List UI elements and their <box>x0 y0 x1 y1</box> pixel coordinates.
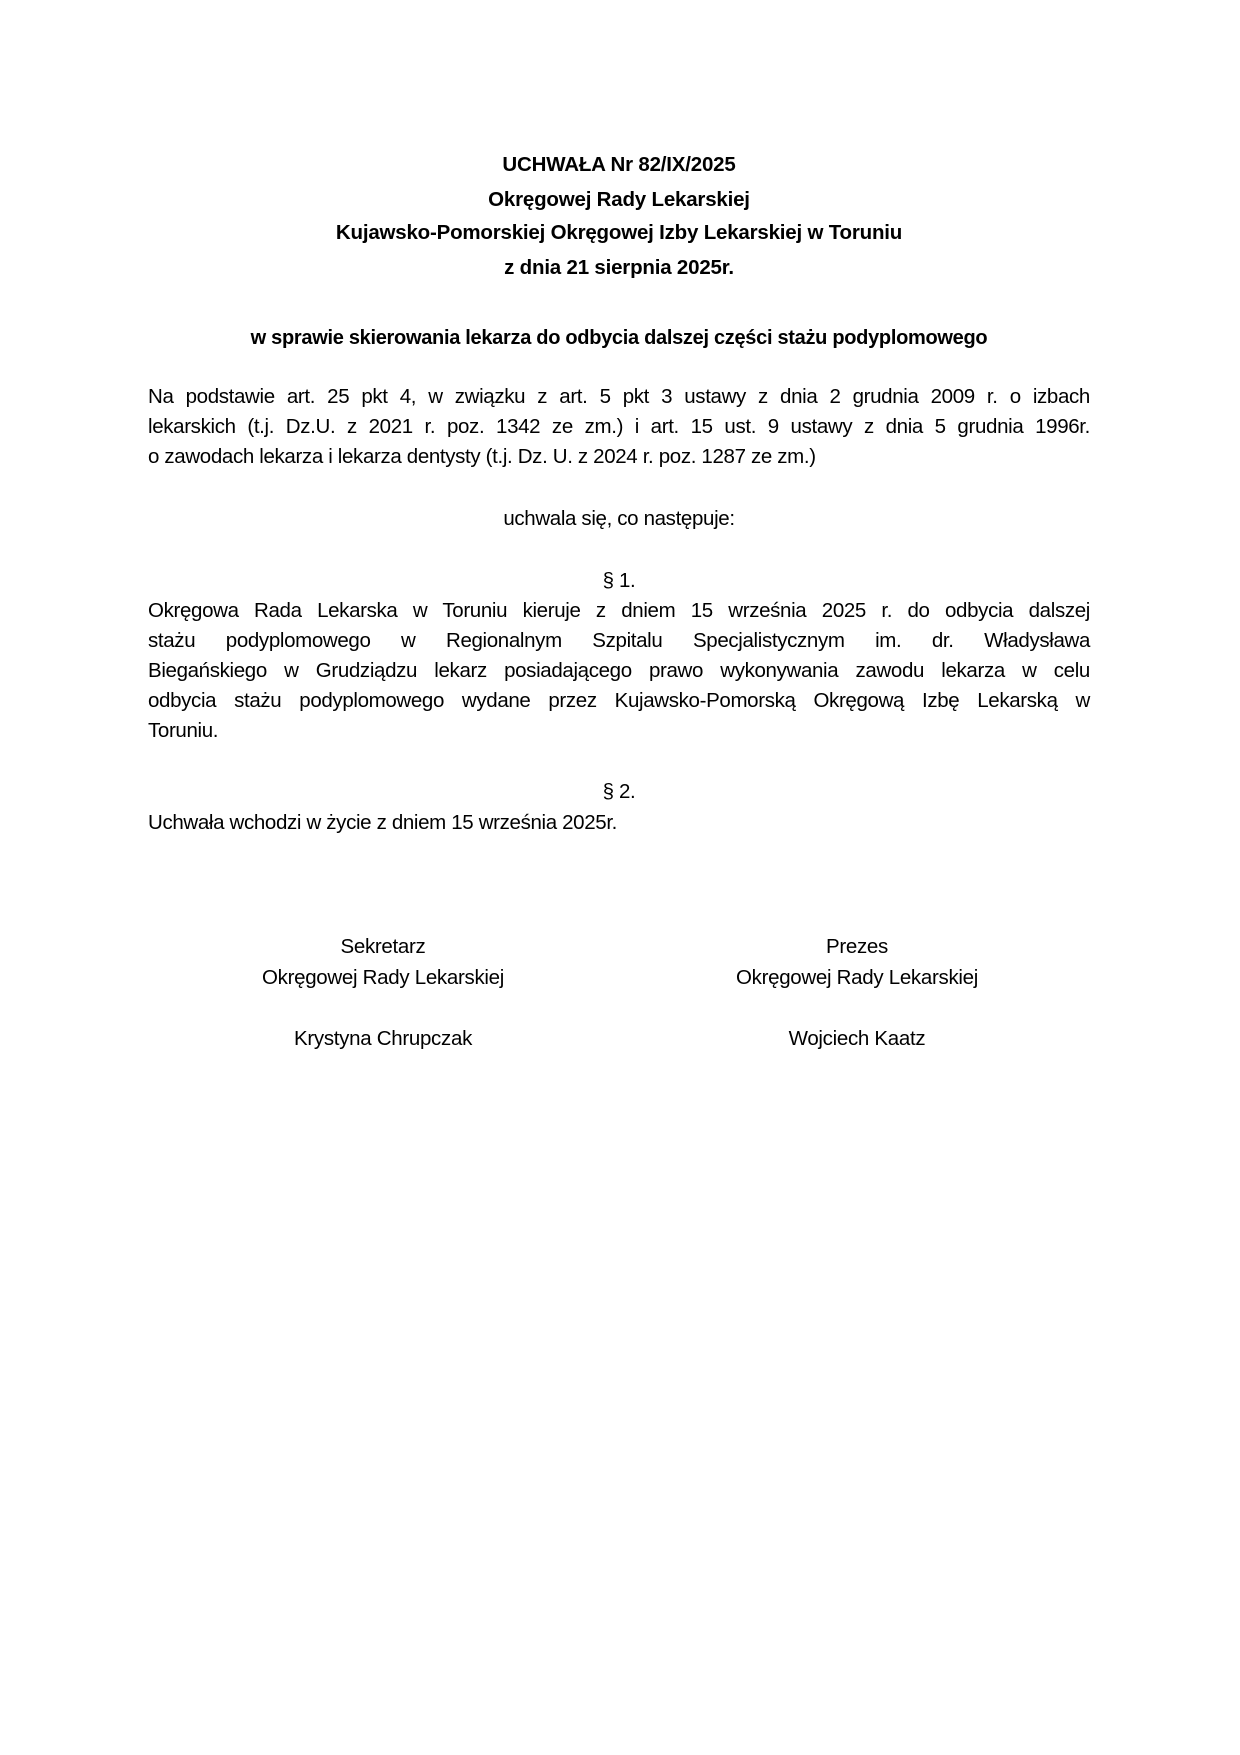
resolution-number: UCHWAŁA Nr 82/IX/2025 <box>148 153 1090 177</box>
legal-basis-line: lekarskich (t.j. Dz.U. z 2021 r. poz. 13… <box>148 415 1090 439</box>
section-1-line: Biegańskiego w Grudziądzu lekarz posiada… <box>148 659 1090 683</box>
resolves-statement: uchwala się, co następuje: <box>148 507 1090 531</box>
resolution-date: z dnia 21 sierpnia 2025r. <box>148 256 1090 280</box>
section-1-line: stażu podyplomowego w Regionalnym Szpita… <box>148 629 1090 653</box>
legal-basis-line: o zawodach lekarza i lekarza dentysty (t… <box>148 445 816 469</box>
signature-name-president: Wojciech Kaatz <box>657 1027 1057 1051</box>
signature-role-secretary: Sekretarz <box>183 935 583 959</box>
section-mark: § 1. <box>148 569 1090 593</box>
section-2-line: Uchwała wchodzi w życie z dniem 15 wrześ… <box>148 811 617 835</box>
document-page: UCHWAŁA Nr 82/IX/2025 Okręgowej Rady Lek… <box>0 0 1240 1755</box>
section-1-line: Okręgowa Rada Lekarska w Toruniu kieruje… <box>148 599 1090 623</box>
signature-role-president: Prezes <box>657 935 1057 959</box>
signature-body-president: Okręgowej Rady Lekarskiej <box>657 966 1057 990</box>
section-1-line: Toruniu. <box>148 719 218 743</box>
signature-name-secretary: Krystyna Chrupczak <box>183 1027 583 1051</box>
section-mark: § 2. <box>148 780 1090 804</box>
section-1-line: odbycia stażu podyplomowego wydane przez… <box>148 689 1090 713</box>
chamber-name: Kujawsko-Pomorskiej Okręgowej Izby Lekar… <box>148 221 1090 245</box>
council-name: Okręgowej Rady Lekarskiej <box>148 188 1090 212</box>
resolution-subject: w sprawie skierowania lekarza do odbycia… <box>148 326 1090 350</box>
signature-body-secretary: Okręgowej Rady Lekarskiej <box>183 966 583 990</box>
legal-basis-line: Na podstawie art. 25 pkt 4, w związku z … <box>148 385 1090 409</box>
